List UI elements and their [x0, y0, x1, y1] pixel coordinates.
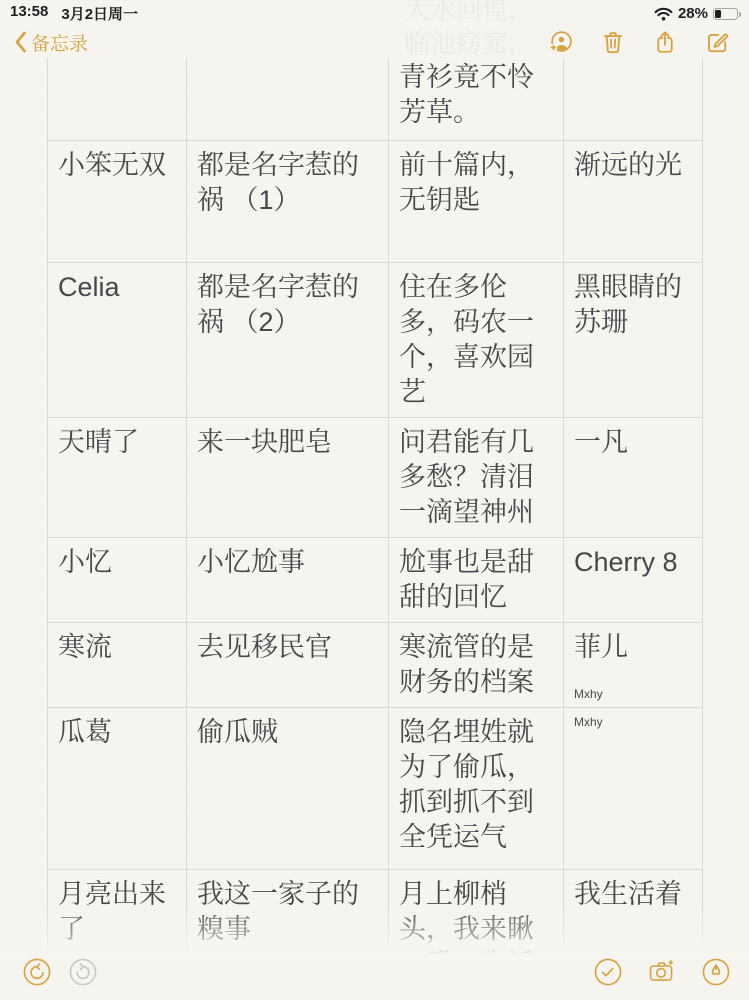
compose-button[interactable] — [704, 29, 730, 55]
table-cell[interactable]: 天晴了 — [48, 417, 187, 537]
status-right: 28% — [654, 5, 741, 22]
markup-button[interactable] — [701, 957, 731, 987]
table-cell[interactable]: 尬事也是甜甜的回忆 — [389, 537, 564, 622]
battery-fill — [715, 10, 721, 18]
table-cell[interactable]: 青衫竟不怜芳草。 — [389, 58, 564, 140]
toolbar-right — [593, 957, 731, 987]
table-row: 月亮出来了 我这一家子的糗事 月上柳梢头，我来瞅一瞅，生活 我生活着 — [48, 869, 703, 953]
table-cell[interactable] — [187, 58, 389, 140]
table-cell[interactable]: Cherry 8 — [564, 537, 703, 622]
back-button[interactable]: 备忘录 — [14, 29, 88, 56]
table-cell[interactable]: 小笨无双 — [48, 140, 187, 262]
table-cell[interactable]: 问君能有几多愁？清泪一滴望神州 — [389, 417, 564, 537]
nav-actions — [548, 29, 730, 55]
table-cell[interactable]: 我这一家子的糗事 — [187, 869, 389, 953]
table-row: 小笨无双 都是名字惹的祸 （1） 前十篇内，无钥匙 渐远的光 — [48, 140, 703, 262]
date: 3月2日周一 — [61, 3, 138, 24]
clock: 13:58 — [10, 3, 48, 24]
table-cell[interactable]: 黑眼睛的苏珊 — [564, 262, 703, 417]
wifi-icon — [654, 7, 673, 21]
add-people-button[interactable] — [548, 29, 574, 55]
table-row: 小忆 小忆尬事 尬事也是甜甜的回忆 Cherry 8 — [48, 537, 703, 622]
table-cell[interactable]: Celia — [48, 262, 187, 417]
table-cell[interactable]: 来一块肥皂 — [187, 417, 389, 537]
table-cell[interactable]: 都是名字惹的祸 （2） — [187, 262, 389, 417]
table-row: 瓜葛 偷瓜贼 隐名埋姓就为了偷瓜，抓到抓不到全凭运气 Mxhy — [48, 707, 703, 869]
table-cell[interactable]: 月亮出来了 — [48, 869, 187, 953]
table-cell[interactable]: 瓜葛 — [48, 707, 187, 869]
table-cell[interactable]: 寒流 — [48, 622, 187, 707]
table-cell[interactable]: 去见移民官 — [187, 622, 389, 707]
trash-button[interactable] — [600, 29, 626, 55]
table-cell[interactable]: 一凡 — [564, 417, 703, 537]
share-button[interactable] — [652, 29, 678, 55]
table-cell[interactable]: 小忆 — [48, 537, 187, 622]
chevron-left-icon — [14, 31, 27, 53]
nav-bar: 备忘录 — [0, 24, 749, 60]
note-content: 青衫竟不怜芳草。 小笨无双 都是名字惹的祸 （1） 前十篇内，无钥匙 渐远的光 … — [47, 58, 703, 953]
table-cell[interactable]: 月上柳梢头，我来瞅一瞅，生活 — [389, 869, 564, 953]
table-row: 天晴了 来一块肥皂 问君能有几多愁？清泪一滴望神州 一凡 — [48, 417, 703, 537]
table-cell[interactable]: 小忆尬事 — [187, 537, 389, 622]
table-cell[interactable]: 菲儿 Mxhy — [564, 622, 703, 707]
toolbar-left — [22, 957, 98, 987]
table-cell[interactable]: Mxhy — [564, 707, 703, 869]
camera-button[interactable] — [647, 957, 677, 987]
cell-annotation: Mxhy — [574, 715, 692, 730]
table-row: Celia 都是名字惹的祸 （2） 住在多伦多，码农一个，喜欢园艺 黑眼睛的苏珊 — [48, 262, 703, 417]
battery-percent: 28% — [678, 5, 708, 22]
table-cell[interactable]: 前十篇内，无钥匙 — [389, 140, 564, 262]
status-left: 13:58 3月2日周一 — [10, 3, 138, 24]
table-cell[interactable]: 偷瓜贼 — [187, 707, 389, 869]
table-cell[interactable]: 住在多伦多，码农一个，喜欢园艺 — [389, 262, 564, 417]
bottom-toolbar — [0, 954, 749, 1000]
table-cell[interactable]: 都是名字惹的祸 （1） — [187, 140, 389, 262]
cell-annotation: Mxhy — [574, 687, 603, 702]
table-cell[interactable]: 隐名埋姓就为了偷瓜，抓到抓不到全凭运气 — [389, 707, 564, 869]
undo-button[interactable] — [22, 957, 52, 987]
table-cell[interactable]: 我生活着 — [564, 869, 703, 953]
back-button-label: 备忘录 — [31, 29, 88, 56]
table-row: 青衫竟不怜芳草。 — [48, 58, 703, 140]
table-row: 寒流 去见移民官 寒流管的是财务的档案 菲儿 Mxhy — [48, 622, 703, 707]
battery-icon — [713, 8, 738, 20]
note-table: 青衫竟不怜芳草。 小笨无双 都是名字惹的祸 （1） 前十篇内，无钥匙 渐远的光 … — [47, 58, 703, 953]
notes-app-screen: 大水回惶， 临池窈窕， 13:58 3月2日周一 28% 备忘录 — [0, 0, 749, 1000]
table-cell[interactable]: 寒流管的是财务的档案 — [389, 622, 564, 707]
redo-button[interactable] — [68, 957, 98, 987]
table-cell[interactable] — [48, 58, 187, 140]
checklist-button[interactable] — [593, 957, 623, 987]
table-cell[interactable] — [564, 58, 703, 140]
status-bar: 13:58 3月2日周一 28% — [0, 0, 749, 24]
table-cell[interactable]: 渐远的光 — [564, 140, 703, 262]
